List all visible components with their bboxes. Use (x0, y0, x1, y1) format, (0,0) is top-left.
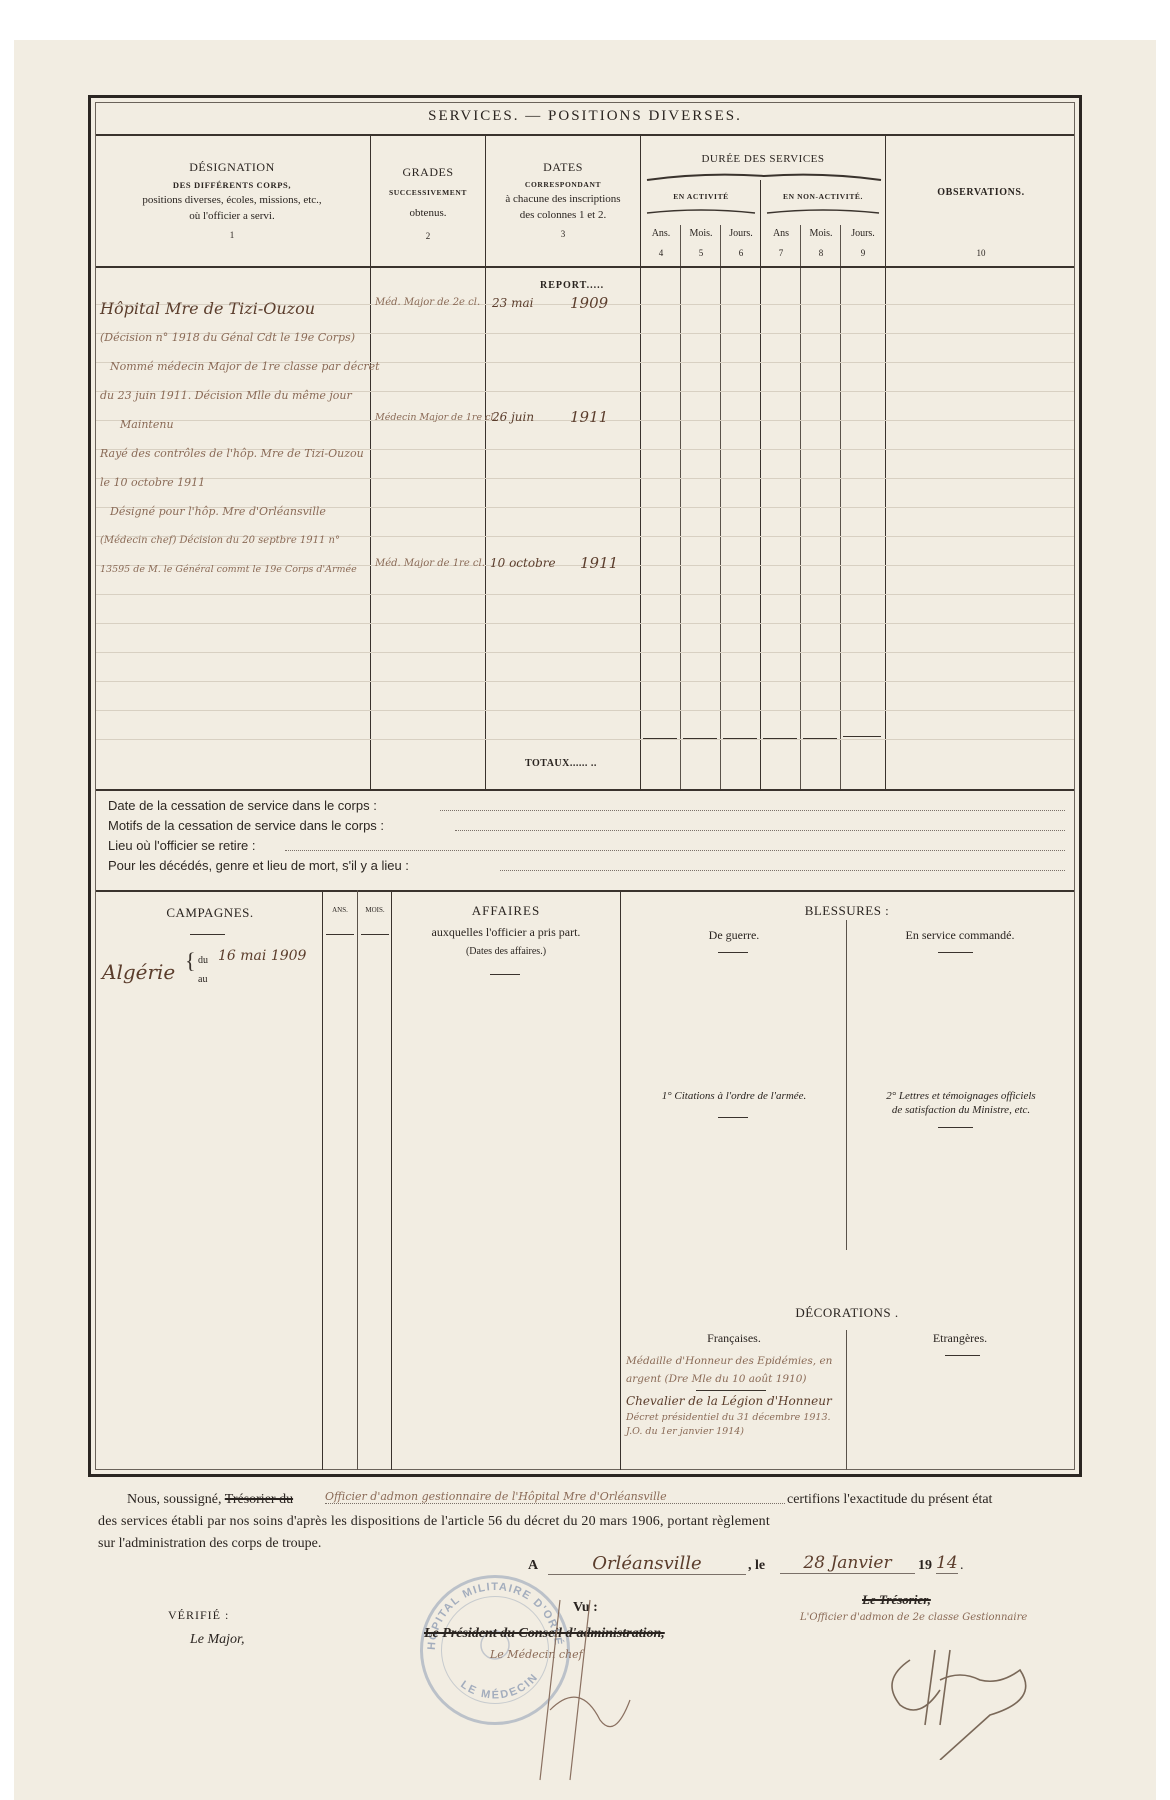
col-designation-header: DÉSIGNATION DES DIFFÉRENTS CORPS, positi… (96, 160, 368, 240)
grade-entry: Méd. Major de 1re cl. (375, 558, 485, 569)
en-activite-label: EN ACTIVITÉ (642, 192, 760, 201)
cessation-date-label: Date de la cessation de service dans le … (108, 798, 377, 813)
campagnes-ans-header: ANS. (324, 906, 356, 914)
deces-label: Pour les décédés, genre et lieu de mort,… (108, 858, 409, 873)
blessures-guerre: De guerre. (622, 928, 846, 943)
col-observations-header: OBSERVATIONS. (887, 187, 1075, 198)
deces-field[interactable] (500, 859, 1065, 871)
form-title: SERVICES. — POSITIONS DIVERSES. (88, 108, 1082, 125)
duree-header: DURÉE DES SERVICES (642, 153, 884, 165)
certification-handwritten-title: Officier d'admon gestionnaire de l'Hôpit… (325, 1490, 785, 1504)
brace-icon: { (185, 948, 196, 974)
date-entry-day: 23 mai (492, 296, 533, 310)
certification-date: 28 Janvier (780, 1553, 915, 1574)
campagne-du-date: 16 mai 1909 (218, 948, 306, 964)
date-entry-day: 26 juin (492, 410, 534, 424)
affaires-header: AFFAIRES auxquelles l'officier a pris pa… (393, 903, 619, 957)
subcol-ans-2: Ans (762, 228, 800, 239)
col-dates-header: DATES CORRESPONDANT à chacune des inscri… (487, 160, 639, 239)
campagne-country: Algérie (102, 960, 175, 984)
decorations-francaises: Françaises. (622, 1331, 846, 1346)
cessation-date-field[interactable] (440, 799, 1065, 811)
citations-label: 1° Citations à l'ordre de l'armée. (622, 1090, 846, 1102)
col-grades-header: GRADES SUCCESSIVEMENT obtenus. 2 (372, 165, 484, 241)
blessures-header: BLESSURES : (622, 903, 1072, 919)
campagnes-header: CAMPAGNES. (100, 905, 320, 921)
certification-year: 14 (936, 1553, 958, 1574)
subcol-mois-2: Mois. (802, 228, 840, 239)
decorations-header: DÉCORATIONS . (622, 1305, 1072, 1321)
verifie-label: VÉRIFIÉ : (168, 1608, 229, 1623)
decorations-etrangeres: Etrangères. (848, 1331, 1072, 1346)
lettres-label-2: de satisfaction du Ministre, etc. (850, 1104, 1072, 1116)
certification-line-1: Nous, soussigné, Trésorier du (127, 1492, 293, 1508)
totaux-label: TOTAUX...... .. (525, 758, 597, 769)
retraite-lieu-label: Lieu où l'officier se retire : (108, 838, 255, 853)
blessures-service-commande: En service commandé. (848, 928, 1072, 943)
cessation-motifs-field[interactable] (455, 819, 1065, 831)
report-label: REPORT..... (540, 280, 604, 291)
en-non-activite-label: EN NON-ACTIVITÉ. (762, 192, 884, 201)
lettres-label-1: 2° Lettres et témoignages officiels (850, 1090, 1072, 1102)
retraite-lieu-field[interactable] (285, 839, 1065, 851)
date-entry-year: 1911 (580, 554, 618, 572)
decorations-entries: Médaille d'Honneur des Epidémies, en arg… (626, 1352, 844, 1439)
subcol-ans-1: Ans. (642, 228, 680, 239)
brace-activite-icon (645, 207, 757, 215)
officier-signature-icon (880, 1640, 1080, 1760)
subcol-jours-2: Jours. (842, 228, 884, 239)
certification-place: Orléansville (548, 1553, 746, 1575)
campagnes-mois-header: MOIS. (359, 906, 391, 914)
grade-entry: Médecin Major de 1re cl. (375, 412, 497, 423)
major-label: Le Major, (190, 1632, 244, 1648)
brace-non-activite-icon (765, 207, 881, 215)
certification-line-3: sur l'administration des corps de troupe… (98, 1536, 321, 1552)
date-entry-day: 10 octobre (490, 556, 556, 570)
struck-tresorier: Trésorier du (225, 1492, 293, 1507)
medecin-chef-signature-icon (520, 1590, 640, 1790)
grade-entry: Méd. Major de 2e cl. (375, 297, 480, 308)
brace-duree-icon (645, 170, 883, 182)
designation-entries: Hôpital Mre de Tizi-Ouzou (Décision n° 1… (100, 294, 368, 584)
cessation-motifs-label: Motifs de la cessation de service dans l… (108, 818, 384, 833)
certification-line-2: des services établi par nos soins d'aprè… (98, 1514, 770, 1530)
subcol-jours-1: Jours. (722, 228, 760, 239)
date-entry-year: 1909 (570, 294, 608, 312)
officier-gestionnaire-handwritten: L'Officier d'admon de 2e classe Gestionn… (800, 1612, 1027, 1623)
subcol-mois-1: Mois. (682, 228, 720, 239)
tresorier-struck: Le Trésorier, (862, 1592, 931, 1608)
date-entry-year: 1911 (570, 408, 608, 426)
